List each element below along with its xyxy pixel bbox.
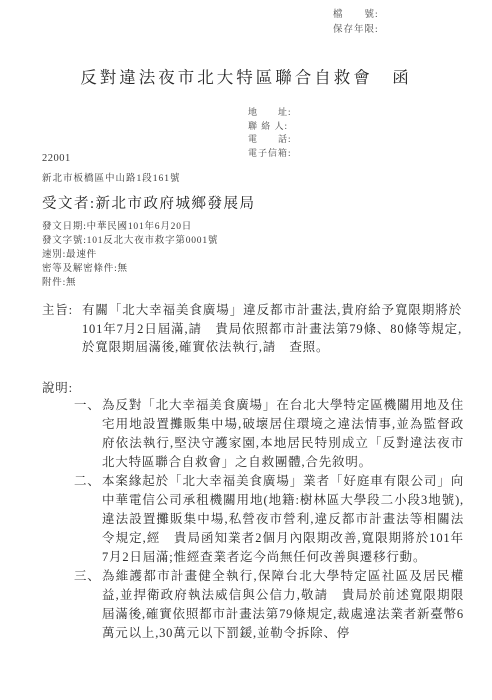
item-number: 三、 [74,567,102,643]
document-page: 檔 號: 保存年限: 反對違法夜市北大特區聯合自救會 函 地 址: 聯 絡 人:… [0,0,492,700]
recipient-line: 受文者:新北市政府城鄉發展局 [42,192,256,213]
contact-email-label: 電子信箱: [248,147,408,161]
postal-code: 22001 [42,153,71,164]
document-title: 反對違法夜市北大特區聯合自救會 函 [0,64,492,88]
document-meta-block: 發文日期:中華民國101年6月20日 發文字號:101反北大夜市救字第0001號… [42,220,342,290]
file-number-label: 檔 號: [333,8,433,23]
document-number-line: 發文字號:101反北大夜市救字第0001號 [42,234,342,248]
issue-date-line: 發文日期:中華民國101年6月20日 [42,220,342,234]
item-number: 二、 [74,472,102,567]
item-text: 為維護都市計畫健全執行,保障台北大學特定區社區及居民權益,並捍衛政府執法威信與公… [102,567,464,643]
subject-label: 主旨: [42,301,82,357]
speed-class-line: 速別:最速件 [42,248,342,262]
subject-text: 有關「北大幸福美食廣場」違反都市計畫法,貴府給予寬限期將於101年7月2日屆滿,… [82,301,462,357]
recipient-label: 受文者: [42,196,96,212]
contact-phone-label: 電 話: [248,133,408,147]
contact-address-label: 地 址: [248,106,408,120]
item-number: 一、 [74,396,102,472]
recipient-name: 新北市政府城鄉發展局 [96,196,256,212]
attachment-line: 附件:無 [42,276,342,290]
explanation-item: 二、 本案緣起於「北大幸福美食廣場」業者「好庭車有限公司」向中華電信公司承租機關… [74,472,464,567]
explanation-label: 說明: [42,378,73,396]
contact-person-label: 聯 絡 人: [248,120,408,134]
item-text: 為反對「北大幸福美食廣場」在台北大學特定區機關用地及住宅用地設置攤販集中場,破壞… [102,396,464,472]
item-text: 本案緣起於「北大幸福美食廣場」業者「好庭車有限公司」向中華電信公司承租機關用地(… [102,472,464,567]
security-class-line: 密等及解密條件:無 [42,262,342,276]
subject-section: 主旨: 有關「北大幸福美食廣場」違反都市計畫法,貴府給予寬限期將於101年7月2… [42,301,462,357]
contact-block: 地 址: 聯 絡 人: 電 話: 電子信箱: [248,106,408,160]
recipient-street-address: 新北市板橋區中山路1段161號 [42,170,181,184]
retention-period-label: 保存年限: [333,23,433,38]
file-number-block: 檔 號: 保存年限: [333,8,433,38]
explanation-item: 三、 為維護都市計畫健全執行,保障台北大學特定區社區及居民權益,並捍衛政府執法威… [74,567,464,643]
explanation-items: 一、 為反對「北大幸福美食廣場」在台北大學特定區機關用地及住宅用地設置攤販集中場… [74,396,464,643]
explanation-item: 一、 為反對「北大幸福美食廣場」在台北大學特定區機關用地及住宅用地設置攤販集中場… [74,396,464,472]
